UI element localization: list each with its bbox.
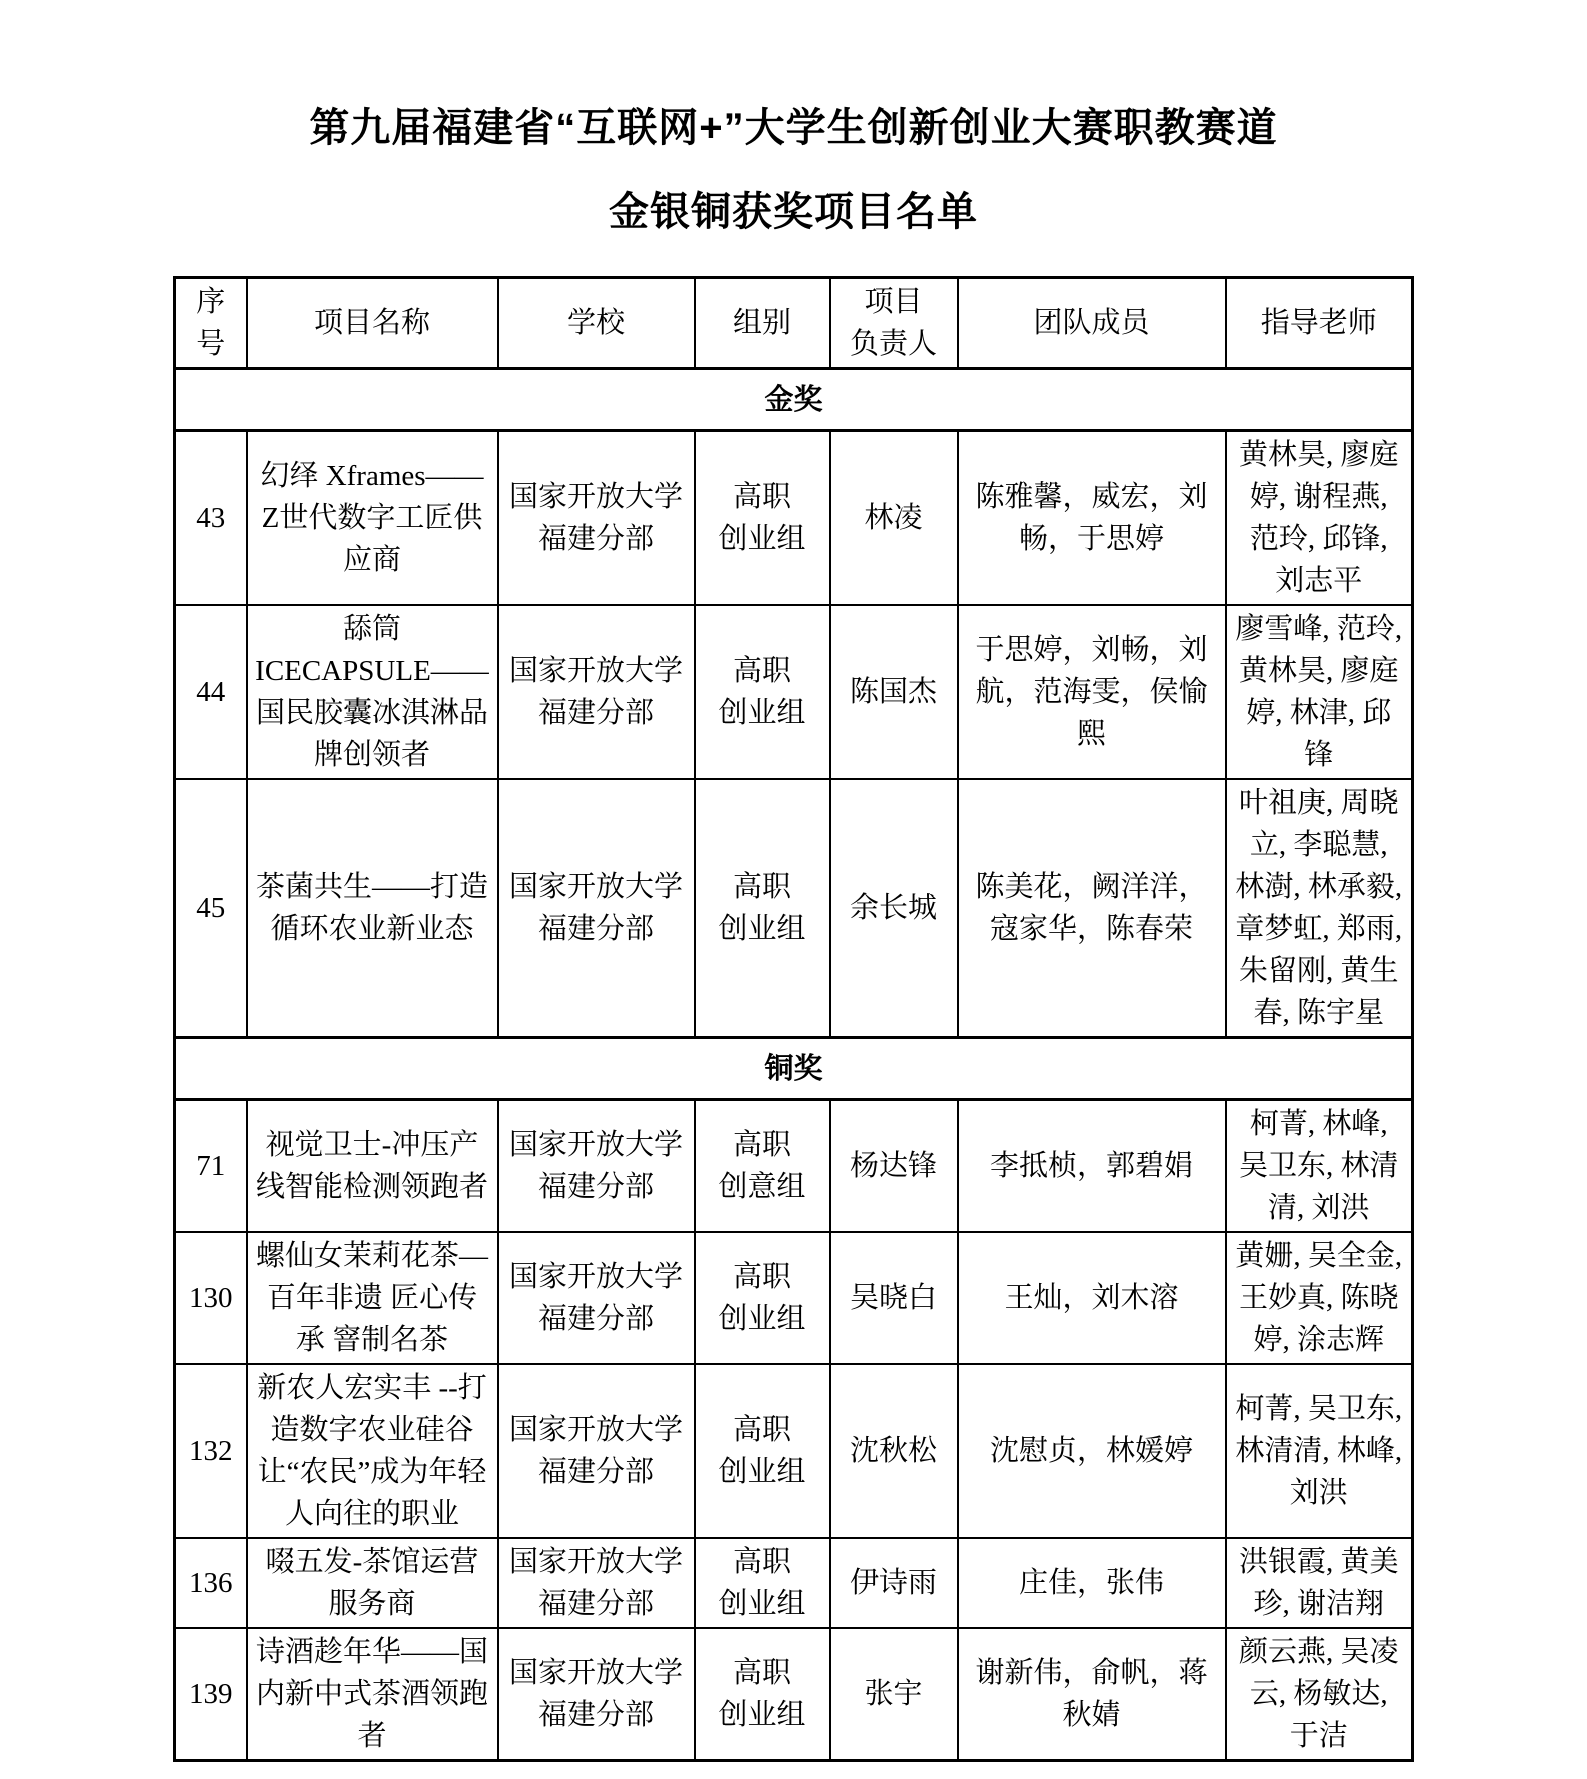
award-section-label: 铜奖 [175,1038,1413,1100]
table-row: 43幻绎 Xframes——Z世代数字工匠供应商国家开放大学 福建分部高职 创业… [175,431,1413,606]
cell-group: 高职 创业组 [695,431,830,606]
cell-project-name: 新农人宏实丰 --打造数字农业硅谷 让“农民”成为年轻人向往的职业 [247,1364,498,1538]
cell-no: 43 [175,431,247,606]
col-header-leader: 项目 负责人 [830,278,958,369]
table-row: 44舔筒 ICECAPSULE——国民胶囊冰淇淋品牌创领者国家开放大学 福建分部… [175,605,1413,779]
cell-school: 国家开放大学 福建分部 [498,1232,695,1364]
cell-leader: 伊诗雨 [830,1538,958,1628]
cell-project-name: 茶菌共生——打造循环农业新业态 [247,779,498,1038]
award-section-row-bronze: 铜奖 [175,1038,1413,1100]
table-row: 71视觉卫士-冲压产线智能检测领跑者国家开放大学 福建分部高职 创意组杨达锋李抵… [175,1100,1413,1233]
cell-no: 139 [175,1628,247,1761]
cell-group: 高职 创业组 [695,1364,830,1538]
cell-leader: 余长城 [830,779,958,1038]
cell-advisors: 柯菁, 吴卫东, 林清清, 林峰, 刘洪 [1226,1364,1413,1538]
cell-team-members: 于思婷，刘畅，刘航，范海雯，侯愉熙 [958,605,1226,779]
cell-school: 国家开放大学 福建分部 [498,779,695,1038]
cell-no: 136 [175,1538,247,1628]
cell-leader: 吴晓白 [830,1232,958,1364]
cell-team-members: 王灿，刘木溶 [958,1232,1226,1364]
cell-advisors: 柯菁, 林峰, 吴卫东, 林清清, 刘洪 [1226,1100,1413,1233]
table-header: 序 号项目名称学校组别项目 负责人团队成员指导老师 [175,278,1413,369]
cell-project-name: 视觉卫士-冲压产线智能检测领跑者 [247,1100,498,1233]
cell-school: 国家开放大学 福建分部 [498,1538,695,1628]
cell-leader: 林凌 [830,431,958,606]
awards-table: 序 号项目名称学校组别项目 负责人团队成员指导老师 金奖43幻绎 Xframes… [173,276,1414,1762]
cell-project-name: 诗酒趁年华——国内新中式茶酒领跑者 [247,1628,498,1761]
cell-advisors: 黄林昊, 廖庭婷, 谢程燕, 范玲, 邱锋, 刘志平 [1226,431,1413,606]
cell-team-members: 陈雅馨，威宏，刘畅，于思婷 [958,431,1226,606]
col-header-project-name: 项目名称 [247,278,498,369]
table-body: 金奖43幻绎 Xframes——Z世代数字工匠供应商国家开放大学 福建分部高职 … [175,369,1413,1761]
cell-group: 高职 创业组 [695,779,830,1038]
header-row: 序 号项目名称学校组别项目 负责人团队成员指导老师 [175,278,1413,369]
cell-project-name: 啜五发-茶馆运营服务商 [247,1538,498,1628]
cell-group: 高职 创意组 [695,1100,830,1233]
cell-leader: 张宇 [830,1628,958,1761]
cell-team-members: 沈慰贞，林媛婷 [958,1364,1226,1538]
cell-no: 71 [175,1100,247,1233]
col-header-advisors: 指导老师 [1226,278,1413,369]
cell-group: 高职 创业组 [695,605,830,779]
cell-school: 国家开放大学 福建分部 [498,431,695,606]
cell-leader: 沈秋松 [830,1364,958,1538]
table-row: 130螺仙女茉莉花茶—百年非遗 匠心传承 窨制名茶国家开放大学 福建分部高职 创… [175,1232,1413,1364]
cell-team-members: 陈美花，阙洋洋，寇家华，陈春荣 [958,779,1226,1038]
cell-school: 国家开放大学 福建分部 [498,605,695,779]
cell-project-name: 螺仙女茉莉花茶—百年非遗 匠心传承 窨制名茶 [247,1232,498,1364]
table-row: 136啜五发-茶馆运营服务商国家开放大学 福建分部高职 创业组伊诗雨庄佳，张伟洪… [175,1538,1413,1628]
page-title: 第九届福建省“互联网+”大学生创新创业大赛职教赛道 [0,0,1587,150]
table-row: 139诗酒趁年华——国内新中式茶酒领跑者国家开放大学 福建分部高职 创业组张宇谢… [175,1628,1413,1761]
cell-advisors: 颜云燕, 吴凌云, 杨敏达, 于洁 [1226,1628,1413,1761]
cell-no: 45 [175,779,247,1038]
cell-leader: 杨达锋 [830,1100,958,1233]
cell-no: 132 [175,1364,247,1538]
cell-group: 高职 创业组 [695,1232,830,1364]
cell-leader: 陈国杰 [830,605,958,779]
col-header-school: 学校 [498,278,695,369]
cell-group: 高职 创业组 [695,1628,830,1761]
award-section-row-gold: 金奖 [175,369,1413,431]
cell-school: 国家开放大学 福建分部 [498,1100,695,1233]
cell-school: 国家开放大学 福建分部 [498,1628,695,1761]
cell-no: 44 [175,605,247,779]
cell-project-name: 幻绎 Xframes——Z世代数字工匠供应商 [247,431,498,606]
award-section-label: 金奖 [175,369,1413,431]
cell-team-members: 李抵桢，郭碧娟 [958,1100,1226,1233]
cell-group: 高职 创业组 [695,1538,830,1628]
cell-school: 国家开放大学 福建分部 [498,1364,695,1538]
cell-team-members: 谢新伟，俞帆，蒋秋婧 [958,1628,1226,1761]
cell-advisors: 黄姗, 吴全金, 王妙真, 陈晓婷, 涂志辉 [1226,1232,1413,1364]
cell-advisors: 洪银霞, 黄美珍, 谢洁翔 [1226,1538,1413,1628]
cell-advisors: 廖雪峰, 范玲, 黄林昊, 廖庭婷, 林津, 邱锋 [1226,605,1413,779]
col-header-no: 序 号 [175,278,247,369]
col-header-group: 组别 [695,278,830,369]
table-row: 45茶菌共生——打造循环农业新业态国家开放大学 福建分部高职 创业组余长城陈美花… [175,779,1413,1038]
col-header-team-members: 团队成员 [958,278,1226,369]
table-row: 132新农人宏实丰 --打造数字农业硅谷 让“农民”成为年轻人向往的职业国家开放… [175,1364,1413,1538]
cell-advisors: 叶祖庚, 周晓立, 李聪慧, 林澍, 林承毅, 章梦虹, 郑雨, 朱留刚, 黄生… [1226,779,1413,1038]
cell-project-name: 舔筒 ICECAPSULE——国民胶囊冰淇淋品牌创领者 [247,605,498,779]
page-subtitle: 金银铜获奖项目名单 [0,190,1587,234]
cell-no: 130 [175,1232,247,1364]
cell-team-members: 庄佳，张伟 [958,1538,1226,1628]
